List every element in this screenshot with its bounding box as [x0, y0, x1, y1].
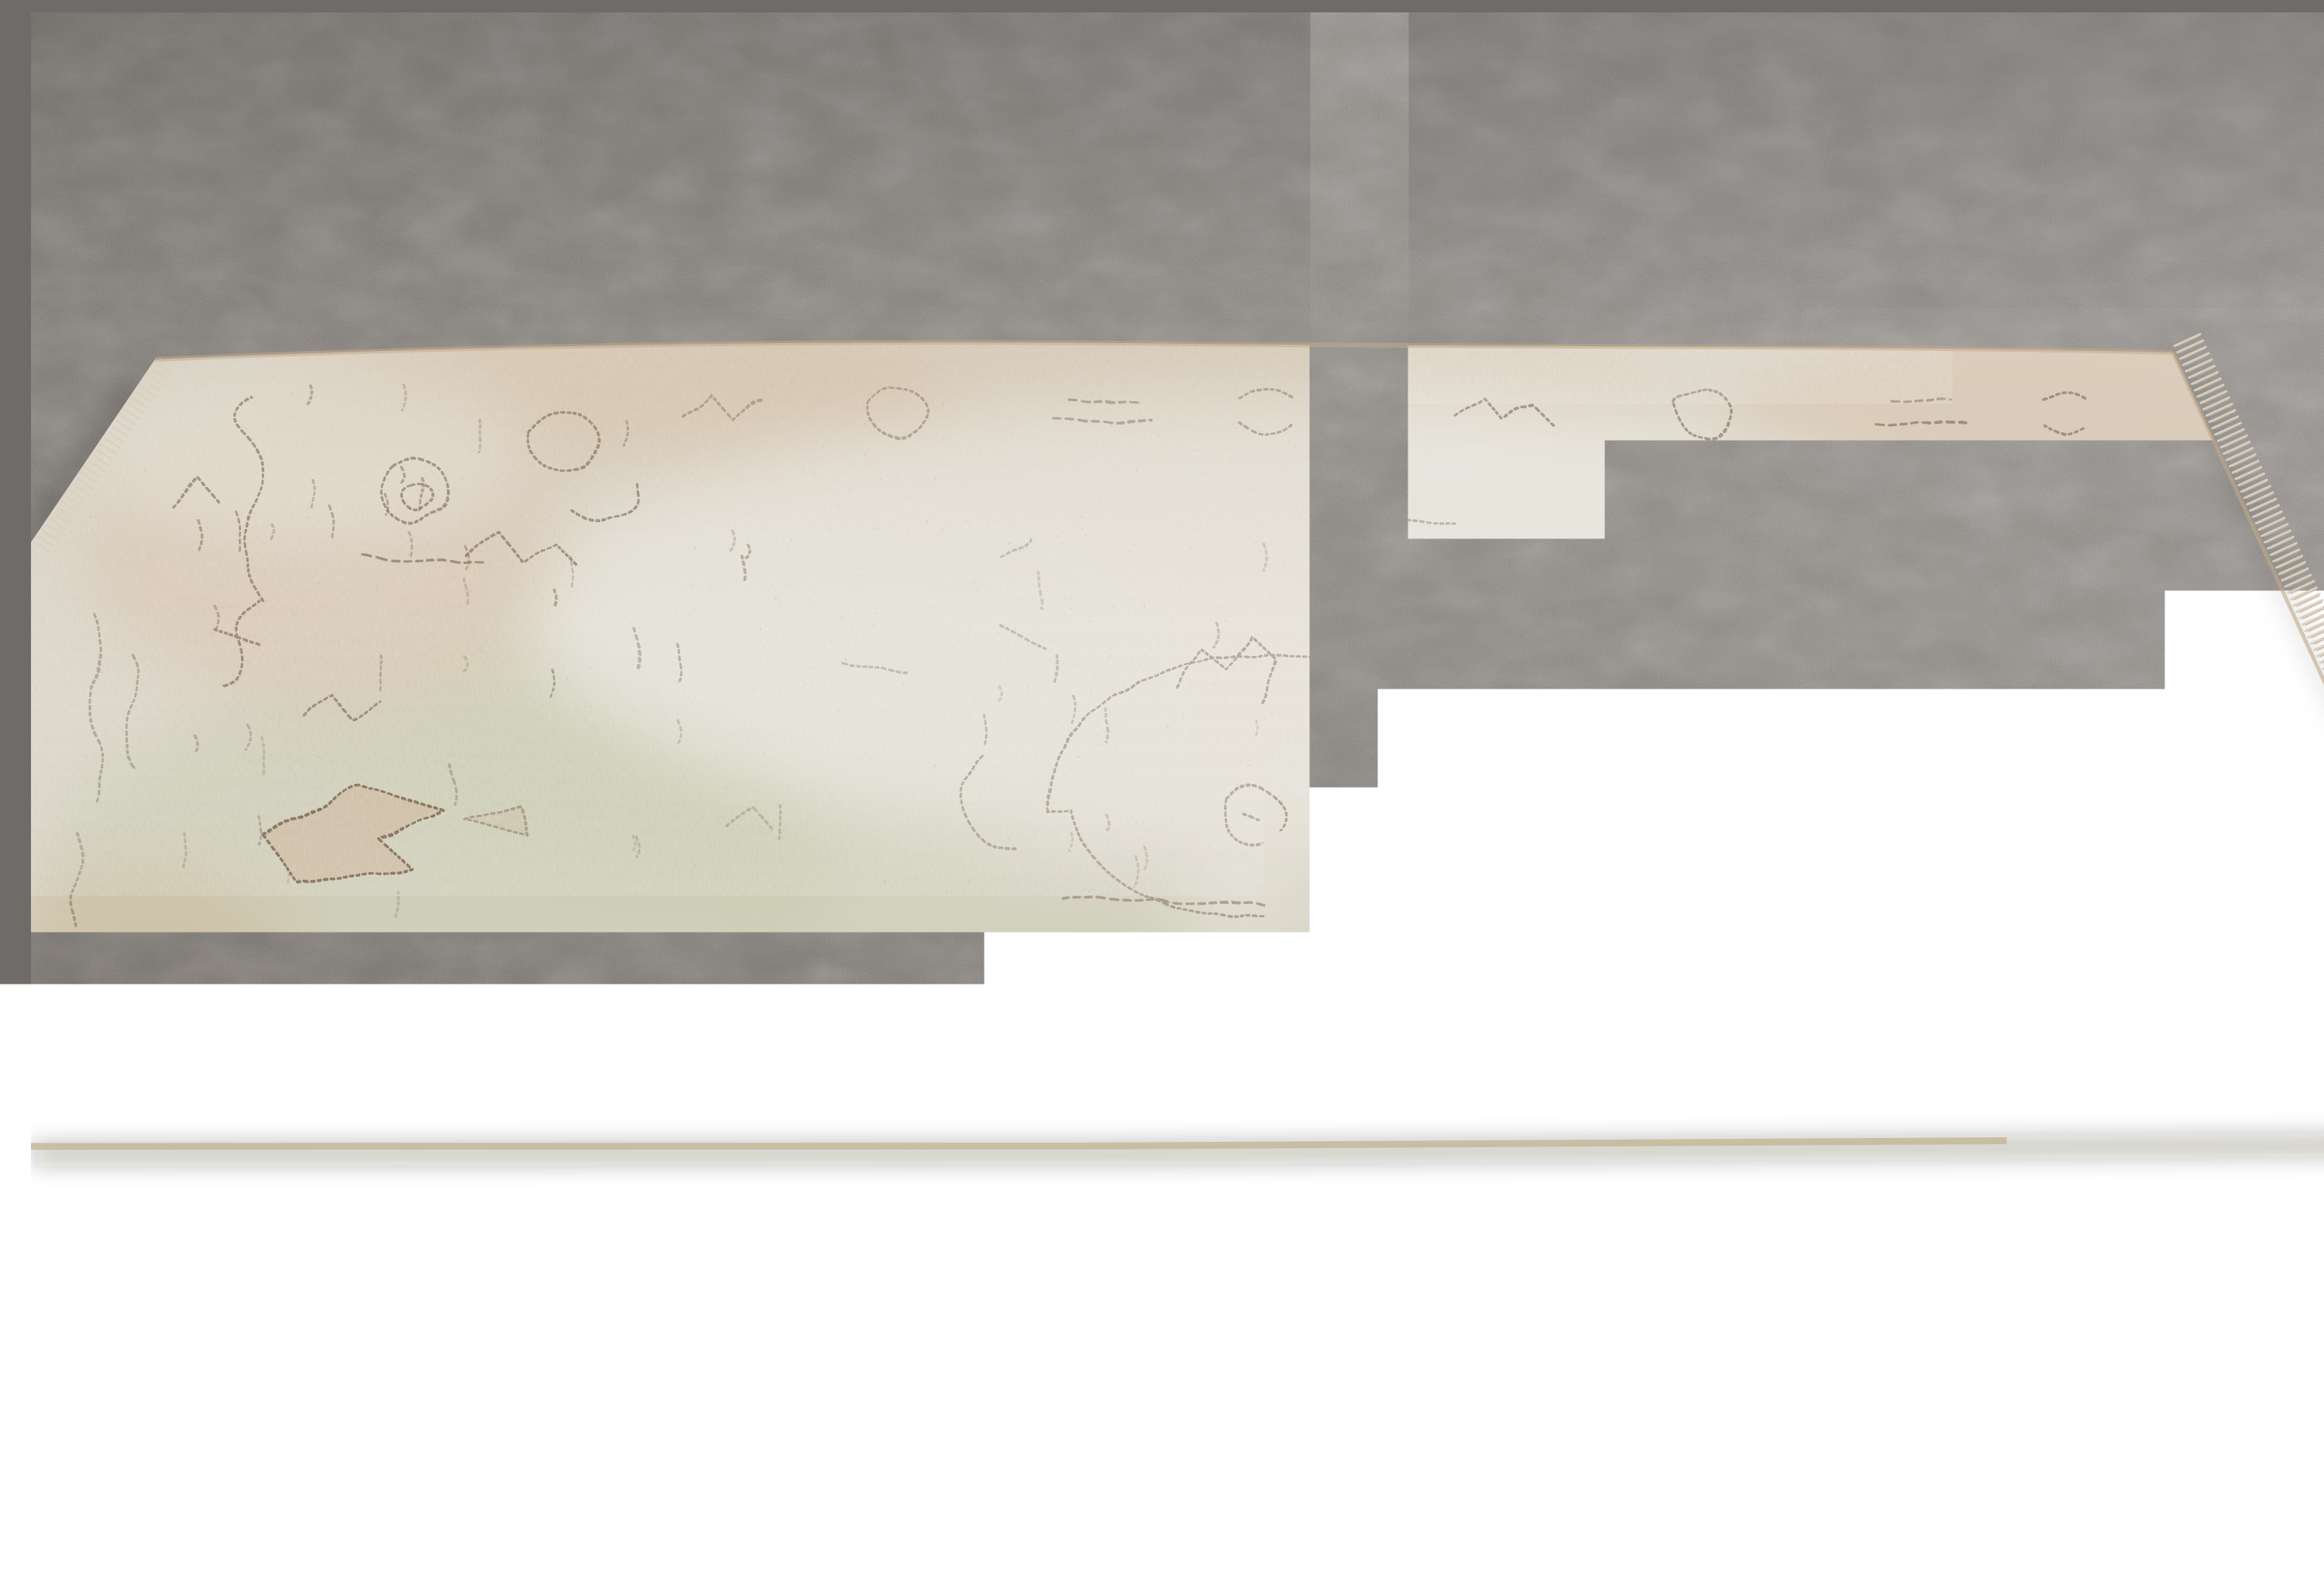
photo-scene [31, 12, 2324, 1562]
top-light-falloff [31, 12, 2324, 1562]
rug-photo [31, 12, 2324, 1562]
